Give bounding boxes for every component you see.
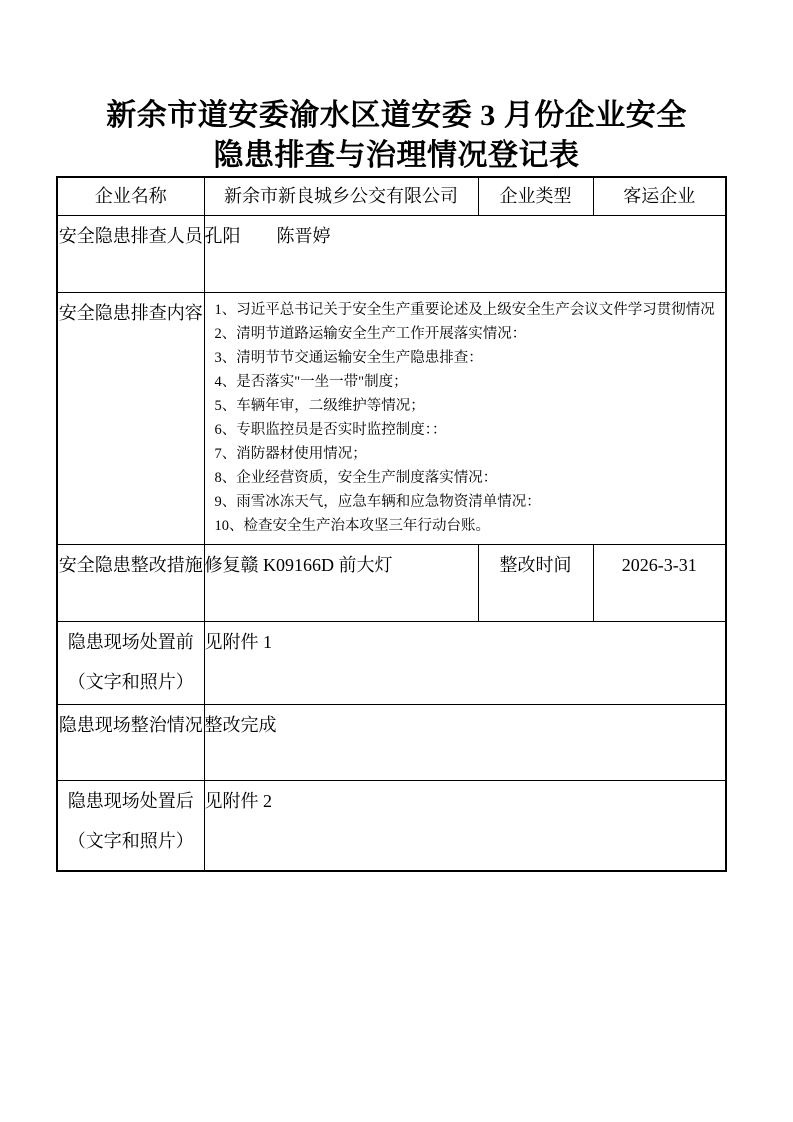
row-company: 企业名称 新余市新良城乡公交有限公司 企业类型 客运企业 — [57, 177, 726, 215]
checklist-item: 7、消防器材使用情况； — [215, 442, 722, 466]
scene-before-label: 隐患现场处置前（文字和照片） — [57, 621, 204, 704]
rectification-status-value: 整改完成 — [204, 704, 726, 780]
document-title-line2: 隐患排查与治理情况登记表 — [0, 136, 793, 176]
rectification-time-value: 2026-3-31 — [593, 544, 726, 621]
checklist-item: 3、清明节节交通运输安全生产隐患排查： — [215, 346, 722, 370]
rectification-time-label: 整改时间 — [478, 544, 593, 621]
inspection-content-cell: 1、习近平总书记关于安全生产重要论述及上级安全生产会议文件学习贯彻情况 2、清明… — [204, 292, 726, 544]
checklist-item: 9、雨雪冰冻天气，应急车辆和应急物资清单情况： — [215, 490, 722, 514]
row-rectification-measures: 安全隐患整改措施 修复赣 K09166D 前大灯 整改时间 2026-3-31 — [57, 544, 726, 621]
checklist-item: 4、是否落实"一坐一带"制度； — [215, 370, 722, 394]
checklist-item: 1、习近平总书记关于安全生产重要论述及上级安全生产会议文件学习贯彻情况 — [215, 298, 722, 322]
row-inspectors: 安全隐患排查人员 孔阳 陈晋婷 — [57, 215, 726, 292]
company-type-label: 企业类型 — [478, 177, 593, 215]
checklist-item: 8、企业经营资质，安全生产制度落实情况： — [215, 466, 722, 490]
inspectors-value: 孔阳 陈晋婷 — [204, 215, 726, 292]
checklist-item: 2、清明节道路运输安全生产工作开展落实情况： — [215, 322, 722, 346]
document-page: 新余市道安委渝水区道安委 3 月份企业安全 隐患排查与治理情况登记表 企业名称 … — [0, 0, 793, 1122]
inspection-checklist: 1、习近平总书记关于安全生产重要论述及上级安全生产会议文件学习贯彻情况 2、清明… — [205, 293, 726, 543]
checklist-item: 6、专职监控员是否实时监控制度：： — [215, 418, 722, 442]
document-title: 新余市道安委渝水区道安委 3 月份企业安全 隐患排查与治理情况登记表 — [0, 96, 793, 176]
scene-before-value: 见附件 1 — [204, 621, 726, 704]
inspection-content-label: 安全隐患排查内容 — [57, 292, 204, 544]
row-scene-after: 隐患现场处置后（文字和照片） 见附件 2 — [57, 780, 726, 871]
scene-after-value: 见附件 2 — [204, 780, 726, 871]
company-name-value: 新余市新良城乡公交有限公司 — [204, 177, 478, 215]
registration-form-table: 企业名称 新余市新良城乡公交有限公司 企业类型 客运企业 安全隐患排查人员 孔阳… — [56, 176, 727, 872]
checklist-item: 10、检查安全生产治本攻坚三年行动台账。 — [215, 514, 722, 538]
row-rectification-status: 隐患现场整治情况 整改完成 — [57, 704, 726, 780]
rectification-status-label: 隐患现场整治情况 — [57, 704, 204, 780]
document-title-line1: 新余市道安委渝水区道安委 3 月份企业安全 — [0, 96, 793, 136]
company-type-value: 客运企业 — [593, 177, 726, 215]
row-scene-before: 隐患现场处置前（文字和照片） 见附件 1 — [57, 621, 726, 704]
measures-value: 修复赣 K09166D 前大灯 — [204, 544, 478, 621]
checklist-item: 5、车辆年审，二级维护等情况； — [215, 394, 722, 418]
inspectors-label: 安全隐患排查人员 — [57, 215, 204, 292]
row-inspection-content: 安全隐患排查内容 1、习近平总书记关于安全生产重要论述及上级安全生产会议文件学习… — [57, 292, 726, 544]
company-name-label: 企业名称 — [57, 177, 204, 215]
scene-after-label: 隐患现场处置后（文字和照片） — [57, 780, 204, 871]
measures-label: 安全隐患整改措施 — [57, 544, 204, 621]
